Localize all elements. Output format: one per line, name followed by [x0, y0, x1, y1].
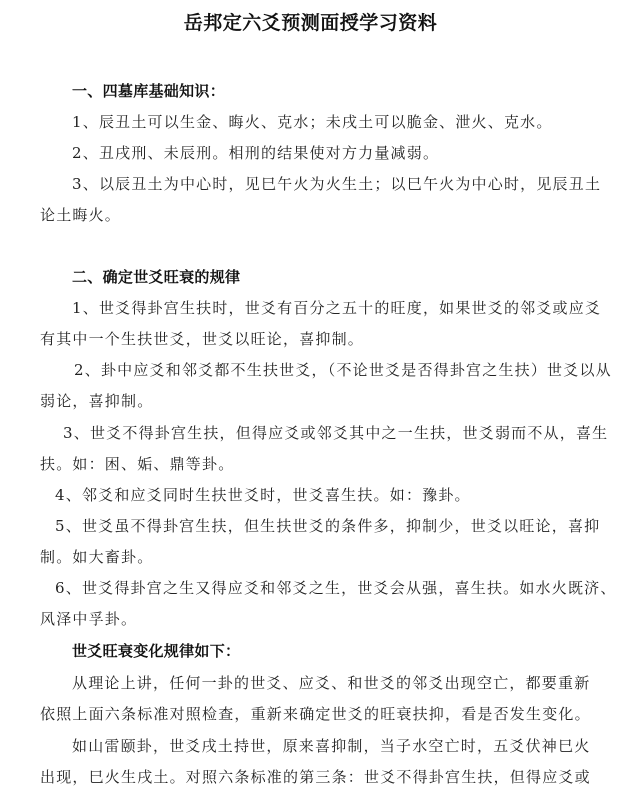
- section1-item3-line1: 3、以辰丑土为中心时，见巳午火为火生土；以巳午火为中心时，见辰丑土: [72, 173, 621, 194]
- section2-item3-line2: 扶。如：困、姤、鼎等卦。: [40, 453, 596, 474]
- section1-item1-line1: 1、辰丑土可以生金、晦火、克水；未戌土可以脆金、泄火、克水。: [72, 111, 621, 132]
- section2-item5-line2: 制。如大畜卦。: [40, 546, 596, 567]
- section2-item3-line1: 3、世爻不得卦宫生扶，但得应爻或邻爻其中之一生扶，世爻弱而不从，喜生: [63, 422, 619, 443]
- section3-para1-line1: 从理论上讲，任何一卦的世爻、应爻、和世爻的邻爻出现空亡，都要重新: [72, 672, 621, 693]
- section1-item3-line2: 论土晦火。: [40, 204, 596, 225]
- section-heading-strength-change-rules: 世爻旺衰变化规律如下：: [72, 640, 621, 661]
- section3-para2-line2: 出现，巳火生戌土。对照六条标准的第三条：世爻不得卦宫生扶，但得应爻或: [40, 766, 596, 787]
- document-page: 岳邦定六爻预测面授学习资料 一、四墓库基础知识： 1、辰丑土可以生金、晦火、克水…: [0, 0, 621, 800]
- section2-item5-line1: 5、世爻虽不得卦宫生扶，但生扶世爻的条件多，抑制少，世爻以旺论，喜抑: [55, 515, 611, 536]
- document-title: 岳邦定六爻预测面授学习资料: [0, 8, 621, 35]
- section3-para2-line1: 如山雷颐卦，世爻戌土持世，原来喜抑制，当子水空亡时，五爻伏神巳火: [72, 735, 621, 756]
- section2-item1-line1: 1、世爻得卦宫生扶时，世爻有百分之五十的旺度，如果世爻的邻爻或应爻: [72, 297, 621, 318]
- section-heading-tomb-storage: 一、四墓库基础知识：: [72, 80, 621, 101]
- section2-item1-line2: 有其中一个生扶世爻，世爻以旺论，喜抑制。: [40, 328, 596, 349]
- section-heading-shi-yao-strength: 二、确定世爻旺衰的规律: [72, 266, 621, 287]
- section1-item2-line1: 2、丑戌刑、未辰刑。相刑的结果使对方力量减弱。: [72, 142, 621, 163]
- section2-item6-line2: 风泽中孚卦。: [40, 608, 596, 629]
- section3-para1-line2: 依照上面六条标准对照检查，重新来确定世爻的旺衰扶抑，看是否发生变化。: [40, 703, 596, 724]
- section2-item4-line1: 4、邻爻和应爻同时生扶世爻时，世爻喜生扶。如：豫卦。: [55, 484, 611, 505]
- section2-item6-line1: 6、世爻得卦宫之生又得应爻和邻爻之生，世爻会从强，喜生扶。如水火既济、: [55, 577, 611, 598]
- section2-item2-line1: 2、卦中应爻和邻爻都不生扶世爻，（不论世爻是否得卦宫之生扶）世爻以从: [74, 359, 621, 380]
- section2-item2-line2: 弱论，喜抑制。: [40, 390, 596, 411]
